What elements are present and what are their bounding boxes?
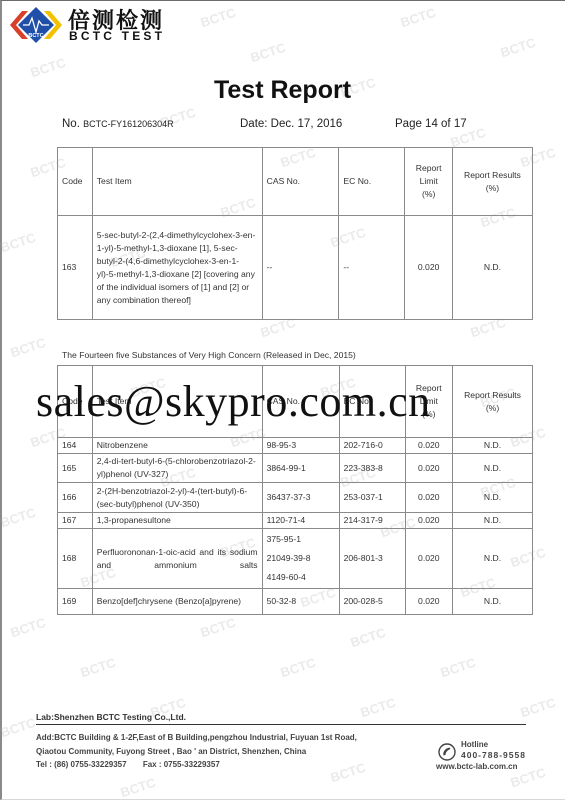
cell-test-item: Benzo[def]chrysene (Benzo[a]pyrene) bbox=[92, 589, 262, 615]
fax-number: Fax : 0755-33229357 bbox=[143, 760, 220, 769]
hotline-number: 400-788-9558 bbox=[461, 750, 526, 760]
cell-cas-no: 50-32-8 bbox=[262, 589, 339, 615]
svg-text:BCTC: BCTC bbox=[28, 33, 43, 39]
page-indicator: Page 14 of 17 bbox=[395, 118, 467, 130]
report-number-value: BCTC-FY161206304R bbox=[83, 119, 174, 129]
lab-address: Add:BCTC Building & 1-2F,East of B Build… bbox=[36, 731, 357, 772]
cell-cas-no: -- bbox=[262, 216, 339, 320]
cell-ec-no: 214-317-9 bbox=[339, 513, 405, 529]
table-header-row: Code Test Item CAS No. EC No. Report Lim… bbox=[58, 148, 533, 216]
col-test-item: Test Item bbox=[92, 148, 262, 216]
email-overlay-text: sales@skypro.com.cn bbox=[36, 376, 431, 427]
col-report-results: Report Results (%) bbox=[452, 148, 532, 216]
cell-result: N.D. bbox=[453, 438, 533, 454]
table-row: 168 Perfluorononan-1-oic-acid and its so… bbox=[58, 529, 533, 589]
lab-name: Lab:Shenzhen BCTC Testing Co.,Ltd. bbox=[36, 712, 186, 722]
cell-cas-no: 1120-71-4 bbox=[262, 513, 339, 529]
cell-result: N.D. bbox=[453, 513, 533, 529]
section-title: The Fourteen five Substances of Very Hig… bbox=[62, 350, 356, 360]
cell-code: 164 bbox=[58, 438, 93, 454]
cell-test-item: 1,3-propanesultone bbox=[92, 513, 262, 529]
cell-ec-no: 200-028-5 bbox=[339, 589, 405, 615]
table-row: 166 2-(2H-benzotriazol-2-yl)-4-(tert-but… bbox=[58, 483, 533, 513]
col-report-results: Report Results (%) bbox=[453, 366, 533, 438]
col-code: Code bbox=[58, 148, 93, 216]
cell-ec-no: -- bbox=[339, 216, 405, 320]
table-row: 167 1,3-propanesultone 1120-71-4 214-317… bbox=[58, 513, 533, 529]
col-ec-no: EC No. bbox=[339, 148, 405, 216]
report-title: Test Report bbox=[0, 76, 565, 105]
cell-ec-no: 206-801-3 bbox=[339, 529, 405, 589]
cell-code: 167 bbox=[58, 513, 93, 529]
table-row: 165 2,4-di-tert-butyl-6-(5-chlorobenzotr… bbox=[58, 454, 533, 483]
cell-ec-no: 253-037-1 bbox=[339, 483, 405, 513]
cell-ec-no: 223-383-8 bbox=[339, 454, 405, 483]
footer-divider bbox=[36, 724, 526, 725]
col-cas-no: CAS No. bbox=[262, 148, 339, 216]
cell-code: 166 bbox=[58, 483, 93, 513]
cell-cas-no: 98-95-3 bbox=[262, 438, 339, 454]
cell-test-item: 2,4-di-tert-butyl-6-(5-chlorobenzotriazo… bbox=[92, 454, 262, 483]
report-number-label: No. bbox=[62, 118, 80, 130]
cell-code: 165 bbox=[58, 454, 93, 483]
table-row: 163 5-sec-butyl-2-(2,4-dimethylcyclohex-… bbox=[58, 216, 533, 320]
cell-test-item: Nitrobenzene bbox=[92, 438, 262, 454]
cell-limit: 0.020 bbox=[405, 529, 452, 589]
cell-code: 163 bbox=[58, 216, 93, 320]
company-logo: BCTC 倍测检测 BCTC TEST bbox=[2, 2, 202, 46]
logo-english-name: BCTC TEST bbox=[69, 29, 165, 43]
cell-test-item: 2-(2H-benzotriazol-2-yl)-4-(tert-butyl)-… bbox=[92, 483, 262, 513]
cell-result: N.D. bbox=[453, 454, 533, 483]
cell-result: N.D. bbox=[452, 216, 532, 320]
hotline-block: Hotline 400-788-9558 www.bctc-lab.com.cn bbox=[438, 740, 565, 780]
col-report-limit: Report Limit (%) bbox=[405, 148, 452, 216]
cell-limit: 0.020 bbox=[405, 589, 452, 615]
cell-test-item: 5-sec-butyl-2-(2,4-dimethylcyclohex-3-en… bbox=[92, 216, 262, 320]
cell-code: 169 bbox=[58, 589, 93, 615]
cell-test-item: Perfluorononan-1-oic-acid and its sodium… bbox=[92, 529, 262, 589]
bctc-logo-icon: BCTC bbox=[8, 5, 64, 45]
phone-icon bbox=[438, 743, 456, 761]
cell-result: N.D. bbox=[453, 589, 533, 615]
cell-limit: 0.020 bbox=[405, 513, 452, 529]
cell-cas-no: 375-95-1 21049-39-8 4149-60-4 bbox=[262, 529, 339, 589]
cell-code: 168 bbox=[58, 529, 93, 589]
report-date: Date: Dec. 17, 2016 bbox=[240, 118, 342, 130]
cell-cas-no: 36437-37-3 bbox=[262, 483, 339, 513]
table-row: 164 Nitrobenzene 98-95-3 202-716-0 0.020… bbox=[58, 438, 533, 454]
cell-cas-no: 3864-99-1 bbox=[262, 454, 339, 483]
cell-result: N.D. bbox=[453, 483, 533, 513]
cell-limit: 0.020 bbox=[405, 483, 452, 513]
tel-number: Tel : (86) 0755-33229357 bbox=[36, 760, 127, 769]
results-table-1: Code Test Item CAS No. EC No. Report Lim… bbox=[57, 147, 533, 320]
website-link[interactable]: www.bctc-lab.com.cn bbox=[436, 762, 518, 771]
cell-result: N.D. bbox=[453, 529, 533, 589]
cell-limit: 0.020 bbox=[405, 438, 452, 454]
cell-limit: 0.020 bbox=[405, 454, 452, 483]
cell-limit: 0.020 bbox=[405, 216, 452, 320]
hotline-label: Hotline bbox=[461, 740, 488, 749]
table-row: 169 Benzo[def]chrysene (Benzo[a]pyrene) … bbox=[58, 589, 533, 615]
cell-ec-no: 202-716-0 bbox=[339, 438, 405, 454]
report-number: No. BCTC-FY161206304R bbox=[62, 118, 174, 130]
